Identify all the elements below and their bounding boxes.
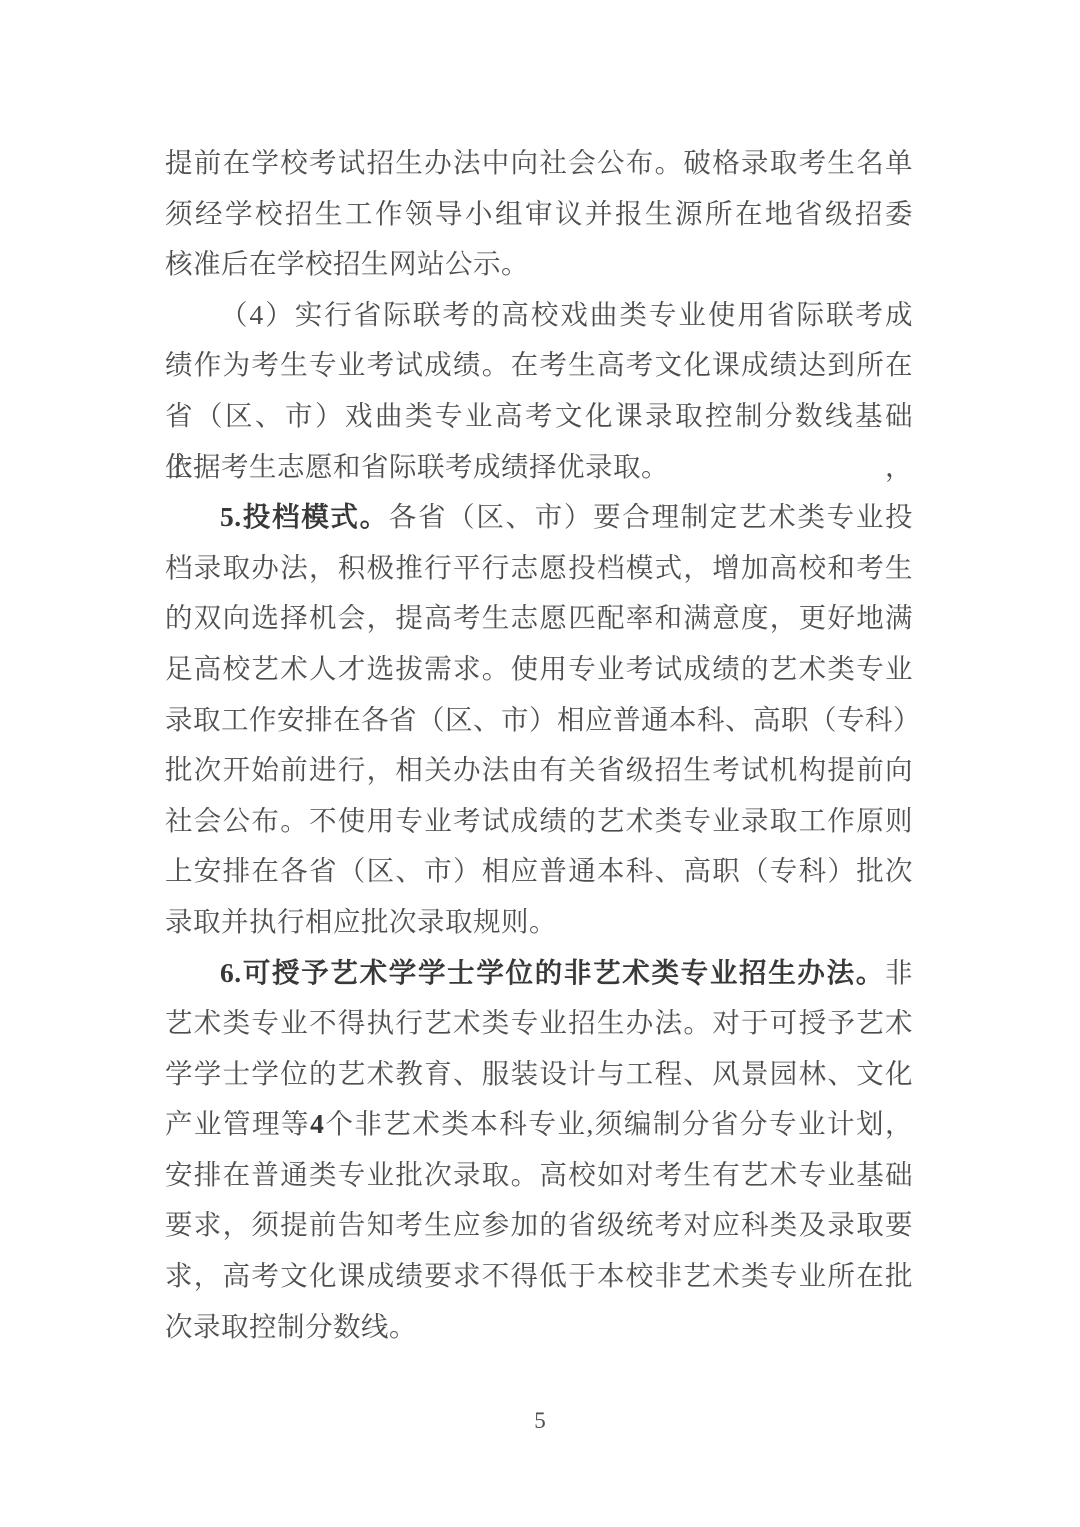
text-segment: 个非艺术类本科专业,须编制分省分专业计划， — [324, 1108, 913, 1139]
text-line: 5.投档模式。各省（区、市）要合理制定艺术类专业投 — [165, 492, 913, 543]
text-segment: 批次开始前进行，相关办法由有关省级招生考试机构提前向 — [165, 754, 913, 785]
text-line: 产业管理等4个非艺术类本科专业,须编制分省分专业计划， — [165, 1099, 913, 1150]
text-segment: 各省（区、市）要合理制定艺术类专业投 — [389, 501, 913, 532]
text-line: 社会公布。不使用专业考试成绩的艺术类专业录取工作原则 — [165, 796, 913, 847]
text-segment: 非 — [885, 957, 913, 988]
text-line: 足高校艺术人才选拔需求。使用专业考试成绩的艺术类专业 — [165, 644, 913, 695]
text-segment: 求，高考文化课成绩要求不得低于本校非艺术类专业所在批 — [165, 1260, 913, 1291]
text-segment: 安排在普通类专业批次录取。高校如对考生有艺术专业基础 — [165, 1159, 913, 1190]
text-line: 须经学校招生工作领导小组审议并报生源所在地省级招委 — [165, 189, 913, 240]
text-segment: 档录取办法，积极推行平行志愿投档模式，增加高校和考生 — [165, 552, 913, 583]
text-line: 档录取办法，积极推行平行志愿投档模式，增加高校和考生 — [165, 543, 913, 594]
text-segment: 录取并执行相应批次录取规则。 — [165, 906, 557, 937]
text-segment: 次录取控制分数线。 — [165, 1311, 417, 1342]
page-number: 5 — [0, 1408, 1080, 1434]
text-segment: 足高校艺术人才选拔需求。使用专业考试成绩的艺术类专业 — [165, 653, 913, 684]
text-line: 的双向选择机会，提高考生志愿匹配率和满意度，更好地满 — [165, 593, 913, 644]
text-line: （4）实行省际联考的高校戏曲类专业使用省际联考成 — [165, 290, 913, 341]
text-line: 省（区、市）戏曲类专业高考文化课录取控制分数线基础上， — [165, 391, 913, 442]
text-line: 学学士学位的艺术教育、服装设计与工程、风景园林、文化 — [165, 1049, 913, 1100]
text-segment: 学学士学位的艺术教育、服装设计与工程、风景园林、文化 — [165, 1058, 913, 1089]
text-segment: 要求，须提前告知考生应参加的省级统考对应科类及录取要 — [165, 1209, 913, 1240]
text-segment: 产业管理等 — [165, 1108, 310, 1139]
text-segment: 须经学校招生工作领导小组审议并报生源所在地省级招委 — [165, 198, 913, 229]
text-line: 安排在普通类专业批次录取。高校如对考生有艺术专业基础 — [165, 1150, 913, 1201]
text-segment: 核准后在学校招生网站公示。 — [165, 248, 529, 279]
bold-text-segment: 6.可授予艺术学学士学位的非艺术类专业招生办法。 — [220, 957, 885, 988]
bold-text-segment: 5.投档模式。 — [220, 501, 389, 532]
text-line: 核准后在学校招生网站公示。 — [165, 239, 913, 290]
text-line: 次录取控制分数线。 — [165, 1302, 913, 1353]
bold-text-segment: 4 — [310, 1108, 324, 1139]
text-line: 上安排在各省（区、市）相应普通本科、高职（专科）批次 — [165, 846, 913, 897]
text-segment: 提前在学校考试招生办法中向社会公布。破格录取考生名单 — [165, 147, 913, 178]
document-page: 提前在学校考试招生办法中向社会公布。破格录取考生名单须经学校招生工作领导小组审议… — [0, 0, 1080, 1527]
text-line: 绩作为考生专业考试成绩。在考生高考文化课成绩达到所在 — [165, 340, 913, 391]
text-line: 要求，须提前告知考生应参加的省级统考对应科类及录取要 — [165, 1200, 913, 1251]
text-line: 录取并执行相应批次录取规则。 — [165, 897, 913, 948]
text-line: 求，高考文化课成绩要求不得低于本校非艺术类专业所在批 — [165, 1251, 913, 1302]
text-segment: 的双向选择机会，提高考生志愿匹配率和满意度，更好地满 — [165, 602, 913, 633]
text-segment: 社会公布。不使用专业考试成绩的艺术类专业录取工作原则 — [165, 805, 913, 836]
text-segment: 绩作为考生专业考试成绩。在考生高考文化课成绩达到所在 — [165, 349, 913, 380]
text-segment: 上安排在各省（区、市）相应普通本科、高职（专科）批次 — [165, 855, 913, 886]
text-line: 录取工作安排在各省（区、市）相应普通本科、高职（专科） — [165, 695, 913, 746]
text-line: 艺术类专业不得执行艺术类专业招生办法。对于可授予艺术 — [165, 998, 913, 1049]
text-line: 提前在学校考试招生办法中向社会公布。破格录取考生名单 — [165, 138, 913, 189]
text-segment: 依据考生志愿和省际联考成绩择优录取。 — [165, 451, 669, 482]
text-line: 6.可授予艺术学学士学位的非艺术类专业招生办法。非 — [165, 948, 913, 999]
text-segment: 录取工作安排在各省（区、市）相应普通本科、高职（专科） — [165, 704, 921, 735]
text-segment: （4）实行省际联考的高校戏曲类专业使用省际联考成 — [220, 299, 913, 330]
text-line: 批次开始前进行，相关办法由有关省级招生考试机构提前向 — [165, 745, 913, 796]
text-segment: 艺术类专业不得执行艺术类专业招生办法。对于可授予艺术 — [165, 1007, 913, 1038]
text-block: 提前在学校考试招生办法中向社会公布。破格录取考生名单须经学校招生工作领导小组审议… — [165, 138, 913, 1352]
